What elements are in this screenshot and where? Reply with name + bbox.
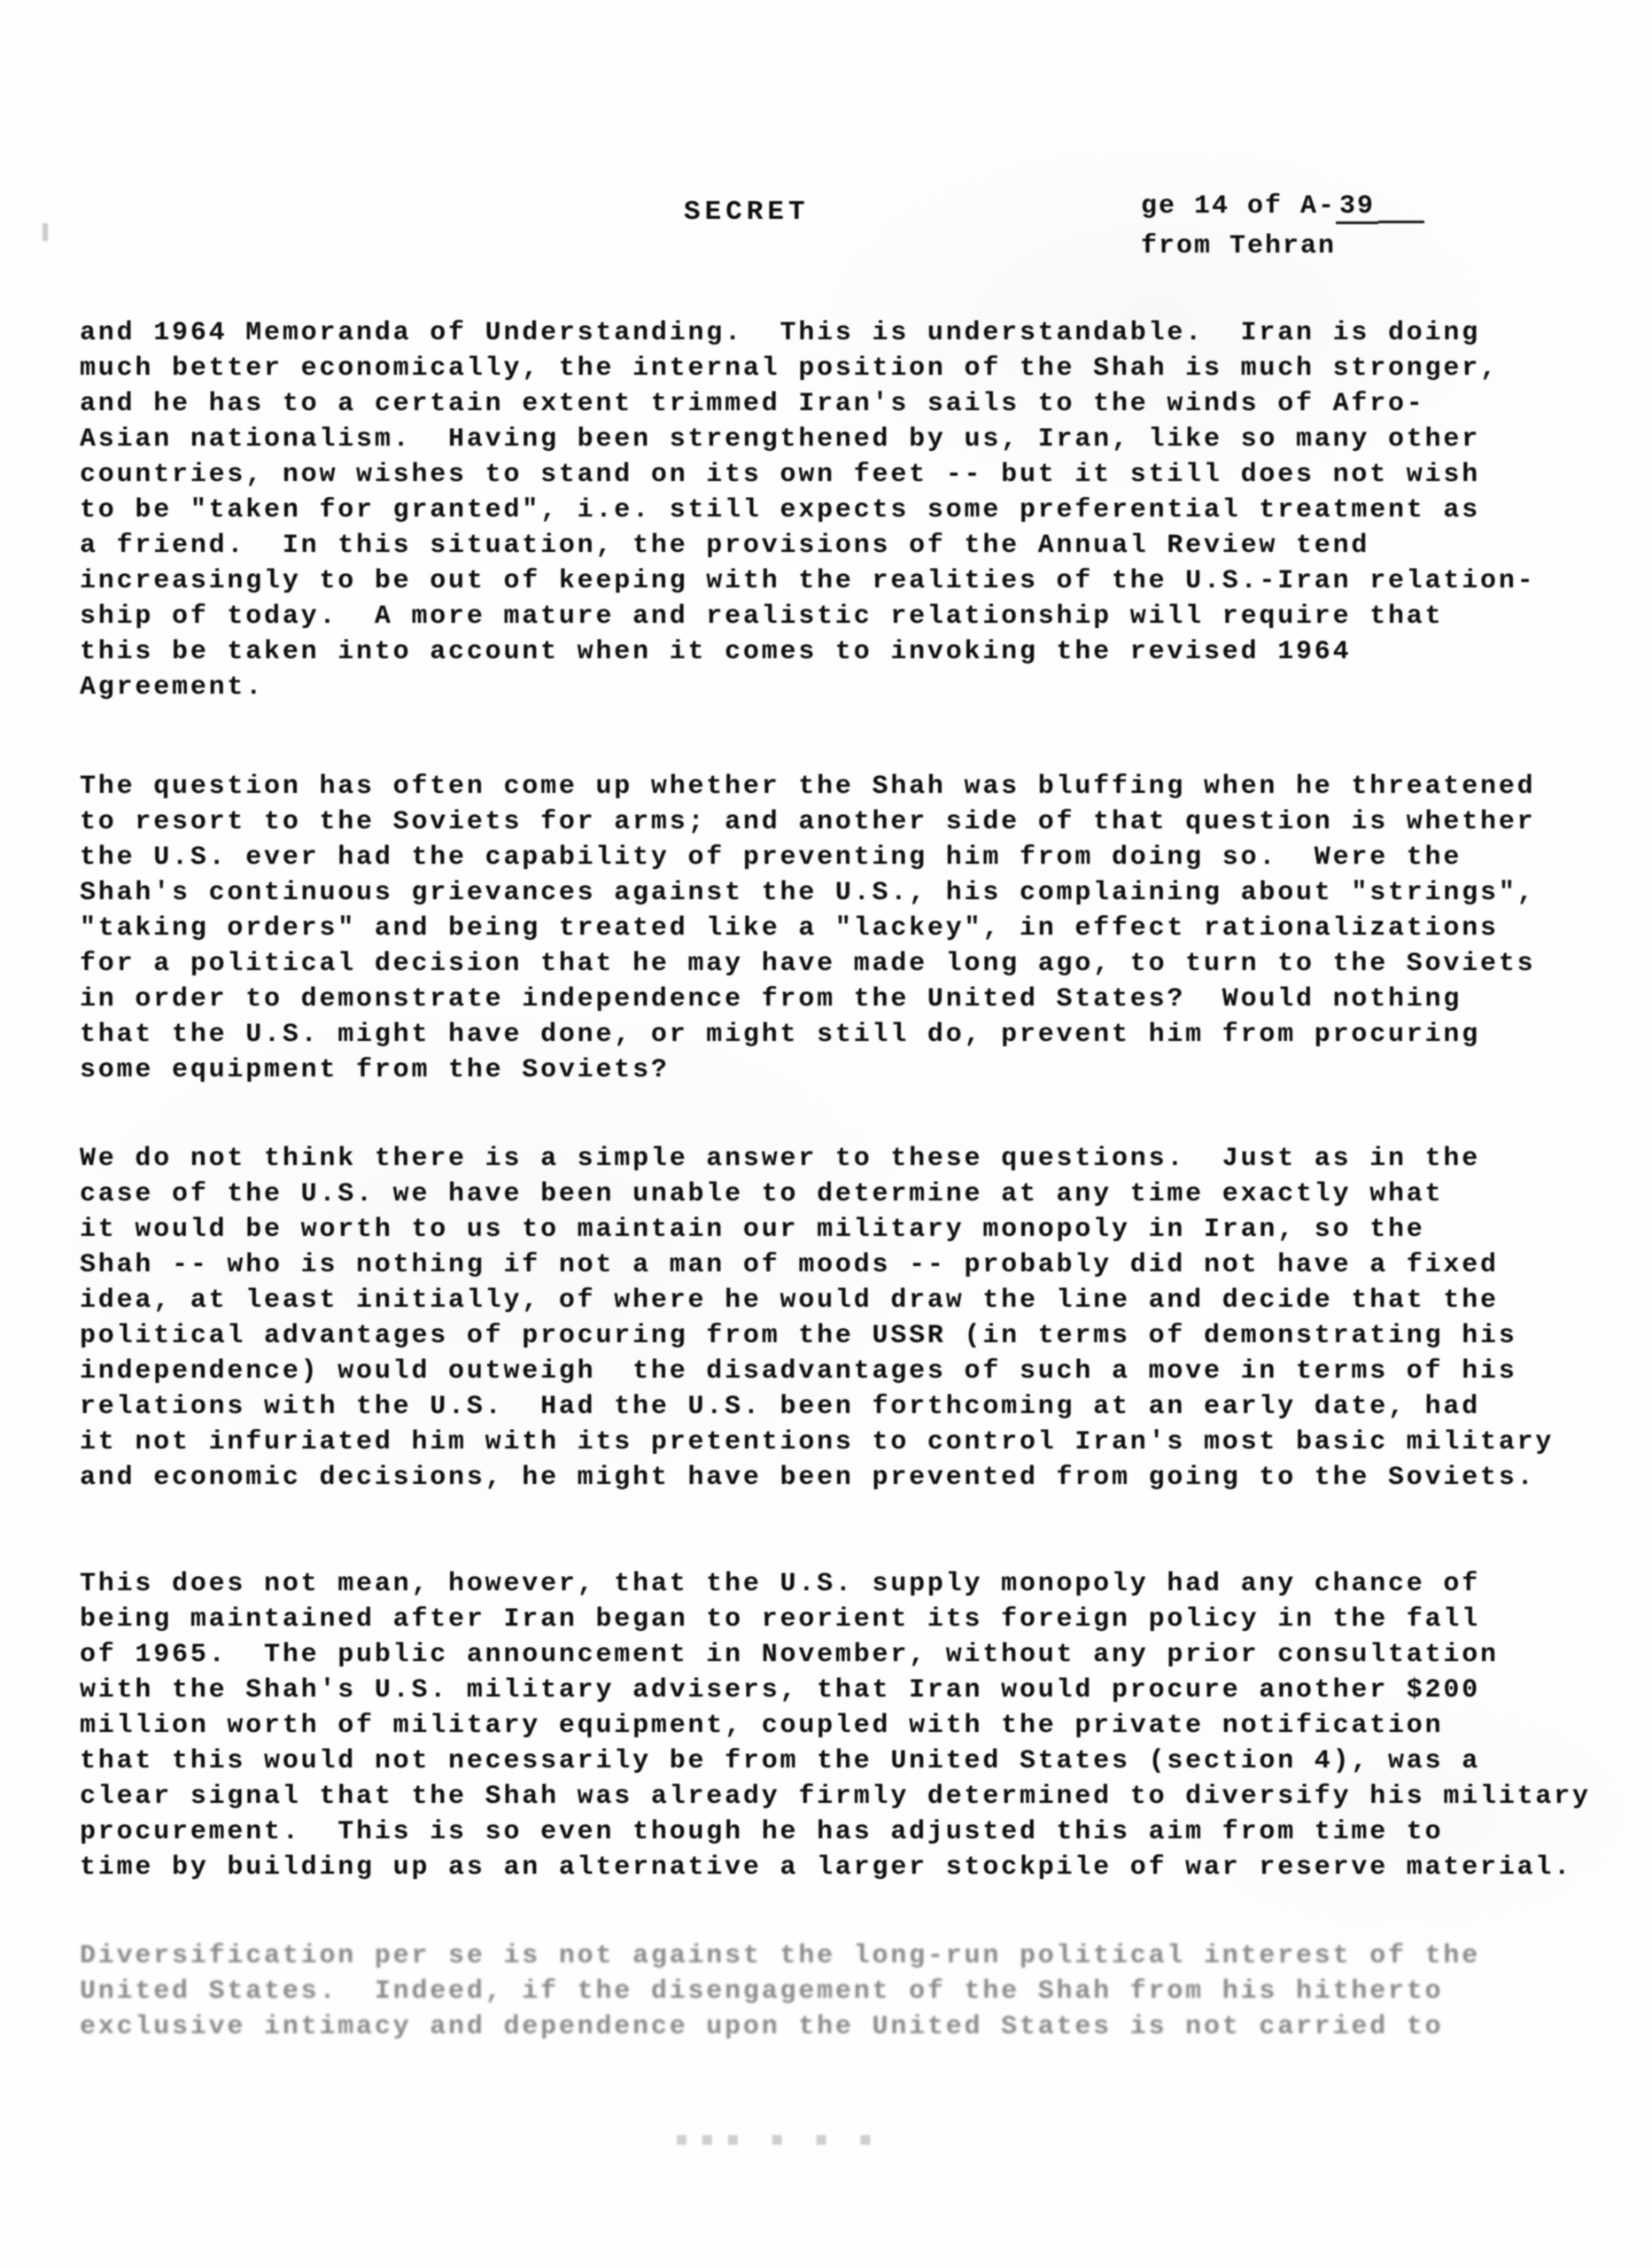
text-line: ship of today. A more mature and realist… xyxy=(80,599,1621,634)
text-line: "taking orders" and being treated like a… xyxy=(80,911,1621,946)
text-line: Shah -- who is nothing if not a man of m… xyxy=(80,1247,1621,1283)
text-line: time by building up as an alternative a … xyxy=(80,1850,1621,1885)
scan-artifact xyxy=(43,223,48,241)
text-line: to be "taken for granted", i.e. still ex… xyxy=(80,493,1621,528)
text-line: relations with the U.S. Had the U.S. bee… xyxy=(80,1389,1621,1425)
text-line: million worth of military equipment, cou… xyxy=(80,1708,1621,1744)
text-line: increasingly to be out of keeping with t… xyxy=(80,563,1621,599)
text-line: of 1965. The public announcement in Nove… xyxy=(80,1637,1621,1673)
classification-header: SECRET xyxy=(684,197,810,228)
document-page: SECRET ge 14 of A-39 from Tehran and 196… xyxy=(0,0,1652,2268)
text-line: Agreement. xyxy=(80,670,1621,705)
text-line: much better economically, the internal p… xyxy=(80,351,1621,386)
text-line: the U.S. ever had the capability of prev… xyxy=(80,840,1621,875)
text-line: This does not mean, however, that the U.… xyxy=(80,1566,1621,1602)
from-line: from Tehran xyxy=(1141,231,1424,261)
paragraph-3: We do not think there is a simple answer… xyxy=(80,1141,1621,1495)
text-line: United States. Indeed, if the disengagem… xyxy=(80,1974,1621,2009)
text-line: it would be worth to us to maintain our … xyxy=(80,1212,1621,1247)
text-line: case of the U.S. we have been unable to … xyxy=(80,1177,1621,1212)
text-line: The question has often come up whether t… xyxy=(80,769,1621,804)
paragraph-5: Diversification per se is not against th… xyxy=(80,1938,1621,2045)
text-line: independence) would outweigh the disadva… xyxy=(80,1354,1621,1389)
text-line: it not infuriated him with its pretentio… xyxy=(80,1425,1621,1460)
text-line: for a political decision that he may hav… xyxy=(80,946,1621,982)
text-line: that the U.S. might have done, or might … xyxy=(80,1017,1621,1052)
text-line: clear signal that the Shah was already f… xyxy=(80,1779,1621,1814)
text-line: a friend. In this situation, the provisi… xyxy=(80,528,1621,563)
text-line: idea, at least initially, of where he wo… xyxy=(80,1283,1621,1318)
text-line: countries, now wishes to stand on its ow… xyxy=(80,457,1621,493)
page-ref-number: 39 xyxy=(1336,191,1378,224)
text-line: procurement. This is so even though he h… xyxy=(80,1814,1621,1850)
text-line: in order to demonstrate independence fro… xyxy=(80,982,1621,1017)
text-line: We do not think there is a simple answer… xyxy=(80,1141,1621,1177)
text-line: and he has to a certain extent trimmed I… xyxy=(80,386,1621,422)
page-ref-underline xyxy=(1378,194,1424,223)
text-line: and 1964 Memoranda of Understanding. Thi… xyxy=(80,315,1621,351)
page-ref-text: ge 14 of A- xyxy=(1141,191,1336,221)
text-line: political advantages of procuring from t… xyxy=(80,1318,1621,1354)
text-line: that this would not necessarily be from … xyxy=(80,1744,1621,1779)
text-line: to resort to the Soviets for arms; and a… xyxy=(80,804,1621,840)
text-line: Diversification per se is not against th… xyxy=(80,1938,1621,1974)
paragraph-2: The question has often come up whether t… xyxy=(80,769,1621,1088)
text-line: exclusive intimacy and dependence upon t… xyxy=(80,2009,1621,2045)
paragraph-4: This does not mean, however, that the U.… xyxy=(80,1566,1621,1885)
text-line: some equipment from the Soviets? xyxy=(80,1052,1621,1088)
text-line: and economic decisions, he might have be… xyxy=(80,1460,1621,1495)
faded-stamp: ▪▪▪ ▪ ▪ ▪ xyxy=(675,2128,884,2150)
text-line: Shah's continuous grievances against the… xyxy=(80,875,1621,911)
paragraph-1: and 1964 Memoranda of Understanding. Thi… xyxy=(80,315,1621,705)
text-line: with the Shah's U.S. military advisers, … xyxy=(80,1673,1621,1708)
text-line: this be taken into account when it comes… xyxy=(80,634,1621,670)
text-line: Asian nationalism. Having been strengthe… xyxy=(80,422,1621,457)
page-ref-line: ge 14 of A-39 xyxy=(1141,191,1424,223)
page-reference-block: ge 14 of A-39 from Tehran xyxy=(1141,191,1424,261)
text-line: being maintained after Iran began to reo… xyxy=(80,1602,1621,1637)
